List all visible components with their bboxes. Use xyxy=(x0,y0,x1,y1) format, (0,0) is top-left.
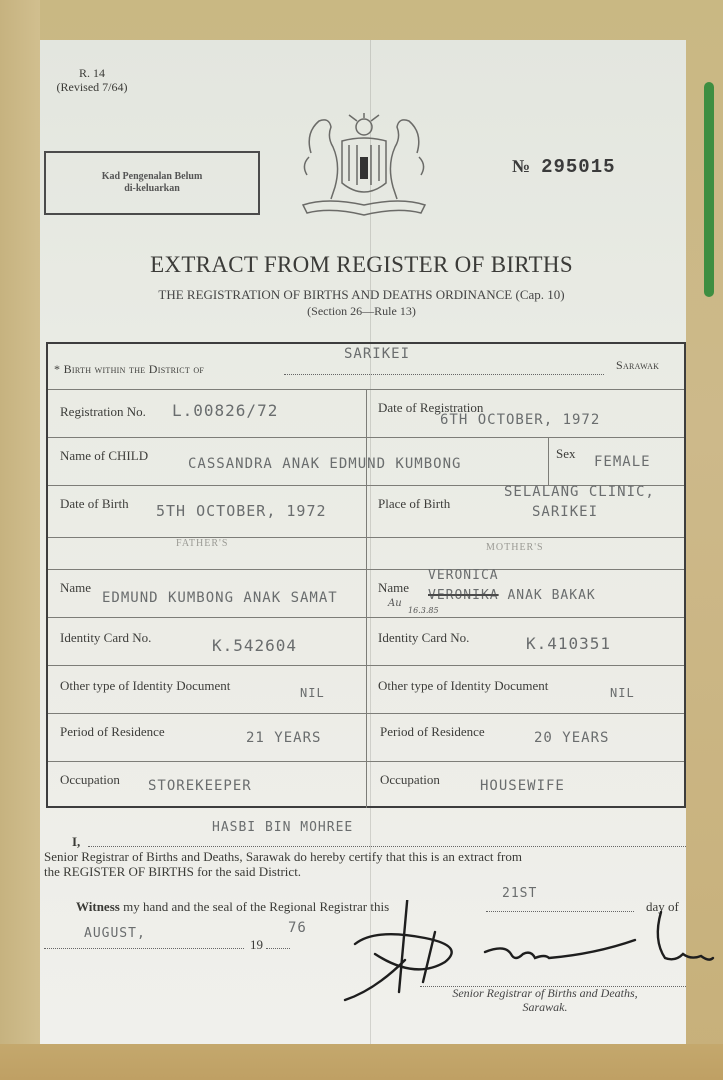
month-dotted-line xyxy=(44,948,244,949)
mother-name-correction: Veronica xyxy=(428,568,499,583)
mother-other-id-label: Other type of Identity Document xyxy=(378,678,548,694)
father-name-value: Edmund Kumbong Anak Samat xyxy=(102,590,338,606)
sex-divider xyxy=(548,438,549,486)
background-bottom xyxy=(0,1044,723,1080)
mother-name-rest: Anak Bakak xyxy=(507,588,595,603)
father-header: FATHER'S xyxy=(176,538,228,549)
father-occupation-label: Occupation xyxy=(60,772,120,788)
form-code-number: R. 14 xyxy=(42,66,142,80)
district-dotted-line xyxy=(284,374,604,375)
year-prefix: 19 xyxy=(250,937,263,953)
registration-no-label: Registration No. xyxy=(60,404,146,420)
mother-name-label: Name xyxy=(378,580,409,596)
document-subtitle: THE REGISTRATION OF BIRTHS AND DEATHS OR… xyxy=(0,287,723,303)
column-divider xyxy=(366,390,367,808)
certification-line-1: Senior Registrar of Births and Deaths, S… xyxy=(44,849,522,865)
mother-occupation-label: Occupation xyxy=(380,772,440,788)
certification-line-2: the REGISTER OF BIRTHS for the said Dist… xyxy=(44,864,301,880)
father-other-id-label: Other type of Identity Document xyxy=(60,678,230,694)
father-residence-label: Period of Residence xyxy=(60,724,165,740)
certification-line-2-post: for the said District. xyxy=(194,864,301,879)
district-suffix: Sarawak xyxy=(616,358,659,373)
sex-label: Sex xyxy=(556,446,576,462)
father-residence-value: 21 Years xyxy=(246,730,321,746)
child-name-label: Name of CHILD xyxy=(60,448,148,464)
mother-ic-label: Identity Card No. xyxy=(378,630,469,646)
form-code: R. 14 (Revised 7/64) xyxy=(42,66,142,94)
background-edge xyxy=(0,0,40,1080)
year-value: 76 xyxy=(288,920,307,936)
witness-bold: Witness xyxy=(76,899,120,914)
mother-name-original: Veronika Anak Bakak xyxy=(428,588,596,603)
serial-prefix: № xyxy=(512,156,531,176)
serial-number: №295015 xyxy=(512,156,616,178)
ic-not-issued-stamp: Kad Pengenalan Belum di-keluarkan xyxy=(44,151,260,215)
certify-i-label: I, xyxy=(72,834,80,850)
mother-other-id-value: NIL xyxy=(610,686,635,700)
mother-name-struck: Veronika xyxy=(428,588,499,603)
father-occupation-value: Storekeeper xyxy=(148,778,252,794)
child-name-value: Cassandra Anak Edmund Kumbong xyxy=(188,456,461,472)
serial-value: 295015 xyxy=(541,156,615,178)
day-value: 21st xyxy=(502,886,537,901)
signature-caption: Senior Registrar of Births and Deaths, S… xyxy=(400,986,690,1014)
correction-date: 16.3.85 xyxy=(408,606,439,615)
certification-line-2-caps: REGISTER OF BIRTHS xyxy=(63,864,194,879)
registration-no-value: L.00826/72 xyxy=(172,401,278,420)
mother-header: MOTHER'S xyxy=(486,542,544,553)
father-name-label: Name xyxy=(60,580,91,596)
date-of-birth-value: 5th October, 1972 xyxy=(156,502,327,520)
mother-residence-value: 20 Years xyxy=(534,730,609,746)
form-revision: (Revised 7/64) xyxy=(42,80,142,94)
mother-occupation-value: Housewife xyxy=(480,778,565,794)
mother-ic-value: K.410351 xyxy=(526,634,611,653)
place-of-birth-line2: Sarikei xyxy=(532,504,598,520)
stamp-line-2: di-keluarkan xyxy=(124,183,180,195)
father-ic-value: K.542604 xyxy=(212,636,297,655)
district-label: * Birth within the District of xyxy=(54,362,204,377)
registrar-name: Hasbi Bin Mohree xyxy=(212,820,353,835)
birth-record-table: * Birth within the District of Sarikei S… xyxy=(46,342,686,808)
stamp-line-1: Kad Pengenalan Belum xyxy=(102,171,203,183)
father-ic-label: Identity Card No. xyxy=(60,630,151,646)
signature-caption-line-2: Sarawak. xyxy=(400,1000,690,1014)
date-of-birth-label: Date of Birth xyxy=(60,496,129,512)
place-of-birth-label: Place of Birth xyxy=(378,496,450,512)
father-other-id-value: NIL xyxy=(300,686,325,700)
date-of-registration-value: 6th October, 1972 xyxy=(440,412,600,428)
place-of-birth-line1: Selalang Clinic, xyxy=(504,484,655,500)
mother-residence-label: Period of Residence xyxy=(380,724,485,740)
month-value: August, xyxy=(84,926,146,941)
document-title: EXTRACT FROM REGISTER OF BIRTHS xyxy=(0,252,723,278)
year-dotted-line xyxy=(266,948,290,949)
district-value: Sarikei xyxy=(344,346,410,362)
certification-line-2-pre: the xyxy=(44,864,63,879)
coat-of-arms-icon xyxy=(297,113,432,223)
correction-initials: Au xyxy=(388,598,402,609)
registrar-name-dotted-line xyxy=(88,846,686,847)
sex-value: Female xyxy=(594,454,651,470)
document-section-reference: (Section 26—Rule 13) xyxy=(0,304,723,319)
signature-caption-line-1: Senior Registrar of Births and Deaths, xyxy=(400,986,690,1000)
